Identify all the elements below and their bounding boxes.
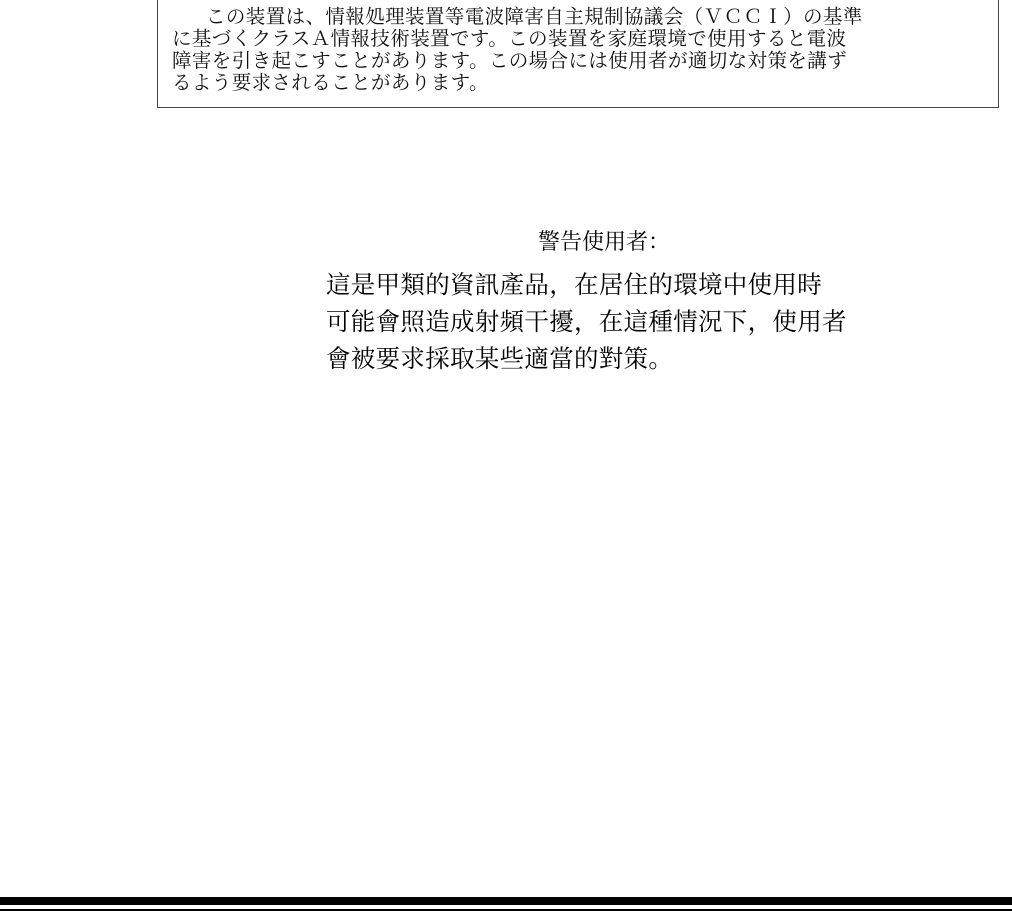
vcci-notice-line: るよう要求されることがあります。	[172, 72, 998, 94]
bsmi-warning-heading: 警告使用者：	[538, 229, 670, 257]
footer-rule-thick	[0, 897, 1012, 905]
footer-rule-thin	[0, 909, 1012, 911]
bsmi-warning-body: 這是甲類的資訊產品，在居住的環境中使用時 可能會照造成射頻干擾，在這種情況下，使…	[326, 266, 847, 377]
vcci-notice-box: この装置は、情報処理装置等電波障害自主規制協議会（ＶＣＣＩ）の基準 に基づくクラ…	[157, 0, 999, 108]
vcci-notice-line: に基づくクラスＡ情報技術装置です。この装置を家庭環境で使用すると電波	[172, 28, 998, 50]
vcci-notice-line: 障害を引き起こすことがあります。この場合には使用者が適切な対策を講ず	[172, 50, 998, 72]
bsmi-warning-line: 會被要求採取某些適當的對策。	[326, 340, 847, 377]
vcci-notice-line: この装置は、情報処理装置等電波障害自主規制協議会（ＶＣＣＩ）の基準	[172, 6, 998, 28]
bsmi-warning-line: 可能會照造成射頻干擾，在這種情況下，使用者	[326, 303, 847, 340]
bsmi-warning-line: 這是甲類的資訊產品，在居住的環境中使用時	[326, 266, 847, 303]
